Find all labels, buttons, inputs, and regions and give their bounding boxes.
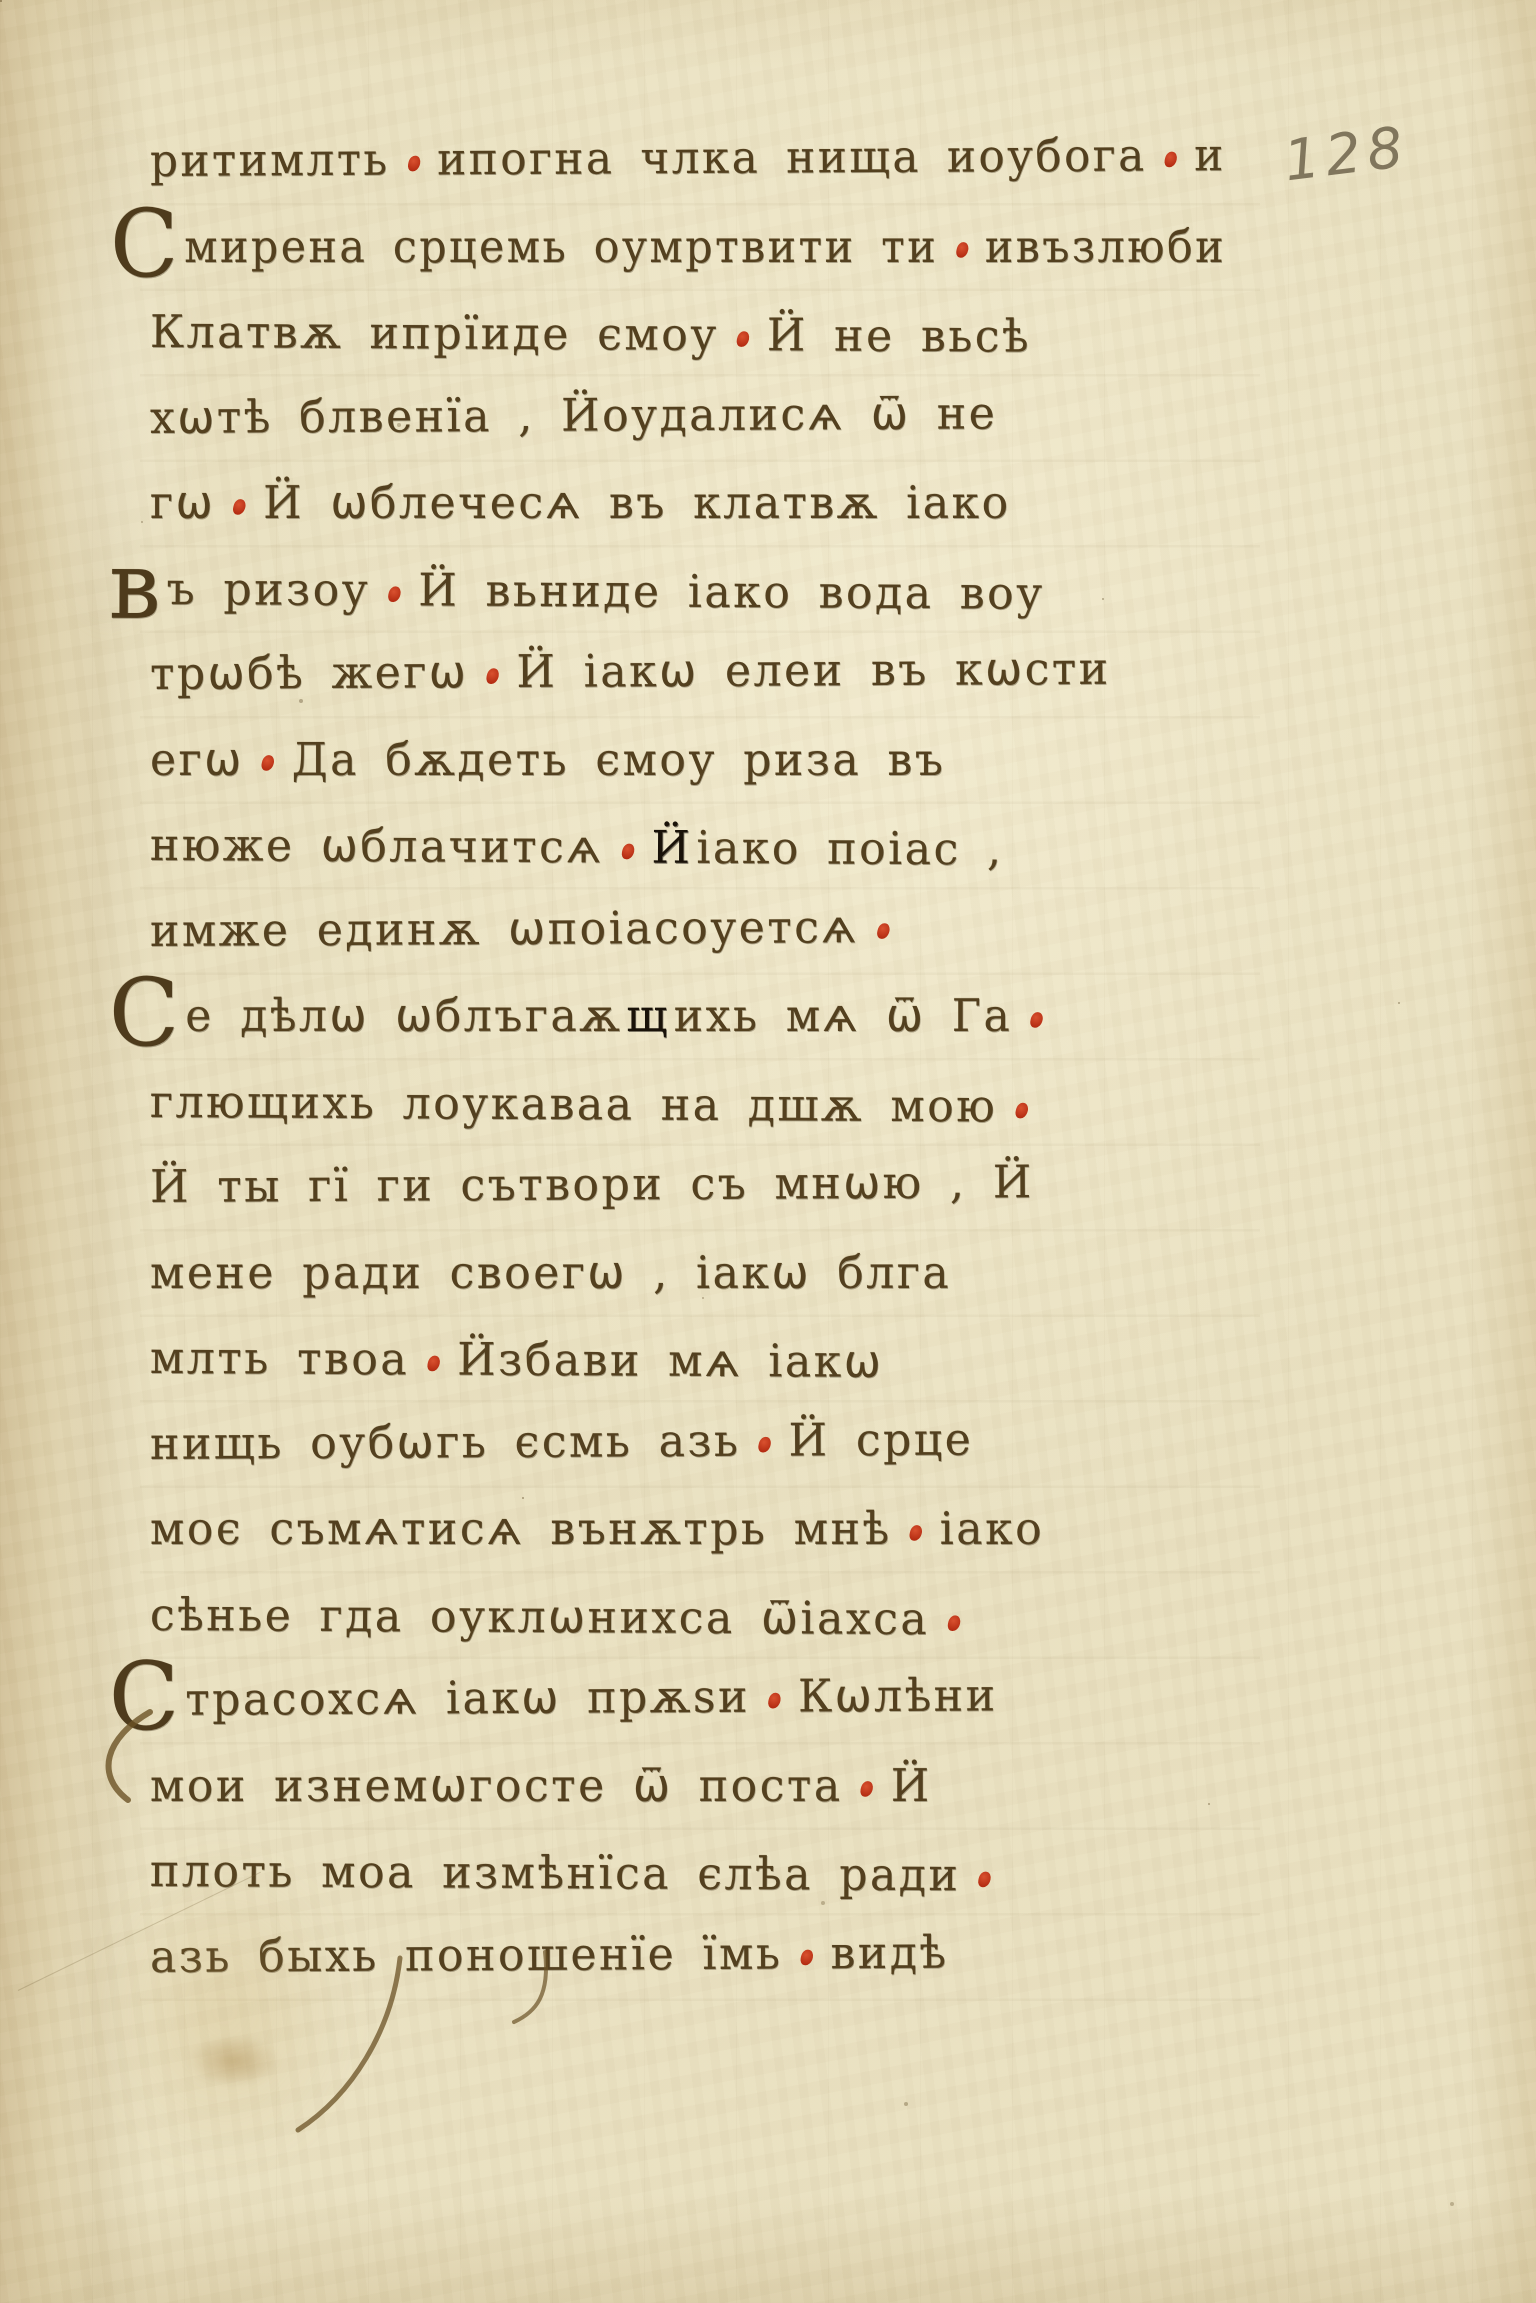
text-line: ритимлтьипогна члка нища иоубогаи xyxy=(150,112,1219,203)
text-segment: Клатвѫ ипрїиде ємоу xyxy=(150,305,719,361)
red-punctuation-dot xyxy=(758,1435,773,1453)
text-line: Ӥ ты гї ги сътвори съ мнѡю , Ӥ xyxy=(150,1138,1230,1229)
red-punctuation-dot xyxy=(232,497,247,515)
red-punctuation-dot xyxy=(387,584,402,602)
red-punctuation-dot xyxy=(946,1613,961,1631)
text-segment: ипогна члка нища иоубога xyxy=(437,129,1147,186)
red-punctuation-dot xyxy=(909,1523,924,1541)
text-segment: іако поіас , xyxy=(696,821,1003,876)
text-segment: Ӥ xyxy=(891,1759,932,1812)
text-segment: гѡ xyxy=(150,476,215,529)
manuscript-page-photo: { "folio": { "number": "128" }, "colors"… xyxy=(0,0,1536,2303)
text-segment: нищь оубѡгь єсмь азь xyxy=(150,1413,741,1469)
text-line: трѡбѣ жегѡӤ іакѡ елеи въ кѡсти xyxy=(150,625,1230,716)
text-segment: моє съмѧтисѧ вънѫтрь мнѣ xyxy=(150,1502,892,1555)
text-segment: трасохсѧ іакѡ прѫѕи xyxy=(185,1670,750,1726)
red-punctuation-dot xyxy=(426,1354,441,1372)
text-segment: и xyxy=(1194,128,1226,181)
paper-stain-faint xyxy=(95,1850,355,2170)
text-segment: щ xyxy=(626,989,670,1042)
text-segment: мои изнемѡгосте ѿ поста xyxy=(150,1759,843,1812)
text-segment: хѡтѣ блвенїа , Ӥоудалисѧ ѿ не xyxy=(150,386,998,444)
text-segment: егѡ xyxy=(150,733,244,786)
text-line: мои изнемѡгосте ѿ постаӤ xyxy=(150,1743,1230,1829)
text-segment: е дѣлѡ ѡблъгаѫ xyxy=(185,989,622,1042)
text-segment: млть твоа xyxy=(150,1331,409,1385)
text-segment: Ӥ вьниде іако вода воу xyxy=(418,563,1045,619)
text-segment: ихь мѧ ѿ Га xyxy=(674,989,1013,1042)
text-segment: мирена срцемь оумртвити ти xyxy=(184,220,938,273)
text-line: хѡтѣ блвенїа , Ӥоудалисѧ ѿ не xyxy=(150,369,1230,460)
red-punctuation-dot xyxy=(261,754,276,772)
red-punctuation-dot xyxy=(876,921,891,939)
red-punctuation-dot xyxy=(1014,1101,1029,1119)
text-segment: ритимлть xyxy=(150,133,390,187)
text-segment: Кѡлѣни xyxy=(798,1668,998,1722)
red-punctuation-dot xyxy=(620,842,635,860)
text-segment: Да бѫдеть ємоу риза въ xyxy=(292,733,946,786)
text-segment: ъ ризоу xyxy=(166,562,370,616)
text-line: сѣнье гда оуклѡнихса ѿіахса xyxy=(150,1572,1230,1663)
red-punctuation-dot xyxy=(977,1870,992,1888)
text-line: мене ради своегѡ , іакѡ блга xyxy=(150,1230,1230,1316)
paper-specks xyxy=(0,0,2,2)
text-line: Се дѣлѡ ѡблъгаѫщихь мѧ ѿ Га xyxy=(150,973,1230,1059)
text-line: нищь оубѡгь єсмь азьӤ срце xyxy=(150,1395,1230,1486)
text-segment: имже единѫ ѡпоіасоуетсѧ xyxy=(150,900,859,957)
text-segment: глющихь лоукаваа на дшѫ мою xyxy=(150,1075,997,1133)
text-segment: ивъзлюби xyxy=(985,220,1226,273)
text-segment: Ӥ ты гї ги сътвори съ мнѡю , Ӥ xyxy=(150,1155,1034,1213)
text-segment: Ӥ срце xyxy=(788,1412,973,1466)
red-punctuation-dot xyxy=(736,330,751,348)
text-line: егѡДа бѫдеть ємоу риза въ xyxy=(150,717,1230,803)
text-line: млть твоаӤзбави мѧ іакѡ xyxy=(150,1315,1230,1406)
text-line: Страсохсѧ іакѡ прѫѕиКѡлѣни xyxy=(150,1651,1230,1742)
red-punctuation-dot xyxy=(486,667,501,685)
text-segment: Ӥ xyxy=(651,821,692,874)
text-segment: сѣнье гда оуклѡнихса ѿіахса xyxy=(150,1588,930,1645)
red-punctuation-dot xyxy=(1029,1010,1044,1028)
text-line: Смирена срцемь оумртвити тиивъзлюби xyxy=(150,204,1198,290)
text-segment: трѡбѣ жегѡ xyxy=(150,645,469,700)
text-segment: видѣ xyxy=(830,1925,948,1979)
text-segment: іако xyxy=(940,1502,1045,1555)
text-segment: нюже ѡблачитсѧ xyxy=(150,818,604,873)
red-punctuation-dot xyxy=(767,1691,782,1709)
red-punctuation-dot xyxy=(1164,150,1179,168)
folio-number: 128 xyxy=(1281,115,1413,195)
manuscript-text: ритимлтьипогна члка нища иоубогаиСмирена… xyxy=(150,118,1250,1999)
text-segment: Ӥзбави мѧ іакѡ xyxy=(457,1333,883,1388)
text-line: нюже ѡблачитсѧӤіако поіас , xyxy=(150,802,1230,893)
red-punctuation-dot xyxy=(860,1780,875,1798)
text-line: моє съмѧтисѧ вънѫтрь мнѣіако xyxy=(150,1486,1230,1572)
text-segment: Ӥ ѡблечесѧ въ клатвѫ іако xyxy=(263,476,1011,529)
text-segment: Ӥ іакѡ елеи въ кѡсти xyxy=(516,642,1110,698)
text-line: глющихь лоукаваа на дшѫ мою xyxy=(150,1059,1230,1150)
text-line: въ ризоуӤ вьниде іако вода воу xyxy=(150,546,1230,637)
text-segment: мене ради своегѡ , іакѡ блга xyxy=(150,1246,951,1299)
red-punctuation-dot xyxy=(800,1947,815,1965)
text-line: Клатвѫ ипрїиде ємоуӤ не вьсѣ xyxy=(150,289,1230,380)
red-punctuation-dot xyxy=(407,154,422,172)
text-line: имже единѫ ѡпоіасоуетсѧ xyxy=(150,882,1230,973)
red-punctuation-dot xyxy=(955,241,969,259)
text-line: гѡӤ ѡблечесѧ въ клатвѫ іако xyxy=(150,460,1230,546)
text-segment: Ӥ не вьсѣ xyxy=(767,308,1032,362)
